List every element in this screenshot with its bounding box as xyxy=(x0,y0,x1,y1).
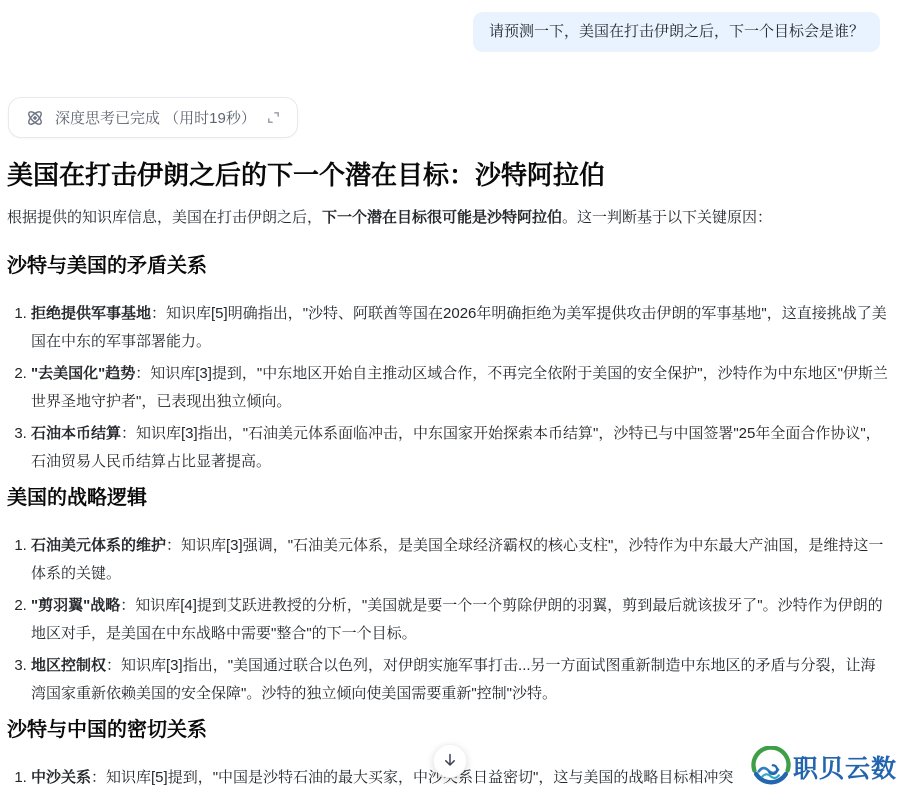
item-label: "去美国化"趋势 xyxy=(31,365,135,382)
list-item: 拒绝提供军事基地：知识库[5]明确指出，"沙特、阿联酋等国在2026年明确拒绝为… xyxy=(31,300,890,356)
item-label: 拒绝提供军事基地 xyxy=(31,305,151,322)
intro-paragraph: 根据提供的知识库信息，美国在打击伊朗之后，下一个潜在目标很可能是沙特阿拉伯。这一… xyxy=(7,206,890,230)
intro-text-post: 。这一判断基于以下关键原因： xyxy=(562,209,772,226)
item-label: 中沙关系 xyxy=(31,769,91,786)
numbered-list: 拒绝提供军事基地：知识库[5]明确指出，"沙特、阿联酋等国在2026年明确拒绝为… xyxy=(7,300,890,476)
item-label: 地区控制权 xyxy=(31,657,106,674)
numbered-list: 石油美元体系的维护：知识库[3]强调，"石油美元体系，是美国全球经济霸权的核心支… xyxy=(7,532,890,708)
intro-bold: 下一个潜在目标很可能是沙特阿拉伯 xyxy=(322,209,562,226)
list-item: 石油美元体系的维护：知识库[3]强调，"石油美元体系，是美国全球经济霸权的核心支… xyxy=(31,532,890,588)
item-text: ：知识库[3]提到，"中东地区开始自主推动区域合作，不再完全依附于美国的安全保护… xyxy=(31,365,888,410)
list-item: 地区控制权：知识库[3]指出，"美国通过联合以色列，对伊朗实施军事打击...另一… xyxy=(31,652,890,708)
item-text: ：知识库[4]提到艾跃进教授的分析，"美国就是要一个一个剪除伊朗的羽翼，剪到最后… xyxy=(31,597,883,642)
deep-think-label: 深度思考已完成 （用时19秒） xyxy=(55,107,256,128)
list-item: "剪羽翼"战略：知识库[4]提到艾跃进教授的分析，"美国就是要一个一个剪除伊朗的… xyxy=(31,592,890,648)
item-text: ：知识库[3]指出，"石油美元体系面临冲击，中东国家开始探索本币结算"，沙特已与… xyxy=(31,425,881,470)
user-message-row: 请预测一下，美国在打击伊朗之后，下一个目标会是谁？ xyxy=(0,0,900,52)
intro-text-pre: 根据提供的知识库信息，美国在打击伊朗之后， xyxy=(7,209,322,226)
list-item: 石油本币结算：知识库[3]指出，"石油美元体系面临冲击，中东国家开始探索本币结算… xyxy=(31,420,890,476)
section-us-strategy: 美国的战略逻辑 石油美元体系的维护：知识库[3]强调，"石油美元体系，是美国全球… xyxy=(7,486,890,708)
deep-think-button[interactable]: 深度思考已完成 （用时19秒） xyxy=(8,97,298,138)
logo: 职贝云数 xyxy=(750,746,897,793)
list-item: "去美国化"趋势：知识库[3]提到，"中东地区开始自主推动区域合作，不再完全依附… xyxy=(31,360,890,416)
expand-icon xyxy=(266,110,281,125)
deep-think-icon xyxy=(25,108,45,128)
down-arrow-icon xyxy=(442,752,458,771)
section-heading: 沙特与美国的矛盾关系 xyxy=(7,254,890,278)
section-heading: 沙特与中国的密切关系 xyxy=(7,718,890,742)
section-us-saudi-conflict: 沙特与美国的矛盾关系 拒绝提供军事基地：知识库[5]明确指出，"沙特、阿联酋等国… xyxy=(7,254,890,476)
item-text: ：知识库[5]明确指出，"沙特、阿联酋等国在2026年明确拒绝为美军提供攻击伊朗… xyxy=(31,305,887,350)
user-message-bubble: 请预测一下，美国在打击伊朗之后，下一个目标会是谁？ xyxy=(473,12,880,52)
section-heading: 美国的战略逻辑 xyxy=(7,486,890,510)
item-label: 石油本币结算 xyxy=(31,425,121,442)
item-label: 石油美元体系的维护 xyxy=(31,537,166,554)
globe-wave-logo-icon xyxy=(750,746,792,793)
answer-article: 美国在打击伊朗之后的下一个潜在目标：沙特阿拉伯 根据提供的知识库信息，美国在打击… xyxy=(0,159,900,792)
answer-title: 美国在打击伊朗之后的下一个潜在目标：沙特阿拉伯 xyxy=(7,159,890,191)
item-text: ：知识库[5]提到，"中国是沙特石油的最大买家，中沙关系日益密切"，这与美国的战… xyxy=(91,769,733,786)
item-text: ：知识库[3]指出，"美国通过联合以色列，对伊朗实施军事打击...另一方面试图重… xyxy=(31,657,876,702)
logo-text: 职贝云数 xyxy=(793,757,897,782)
scroll-down-button[interactable] xyxy=(433,744,467,778)
item-label: "剪羽翼"战略 xyxy=(31,597,120,614)
